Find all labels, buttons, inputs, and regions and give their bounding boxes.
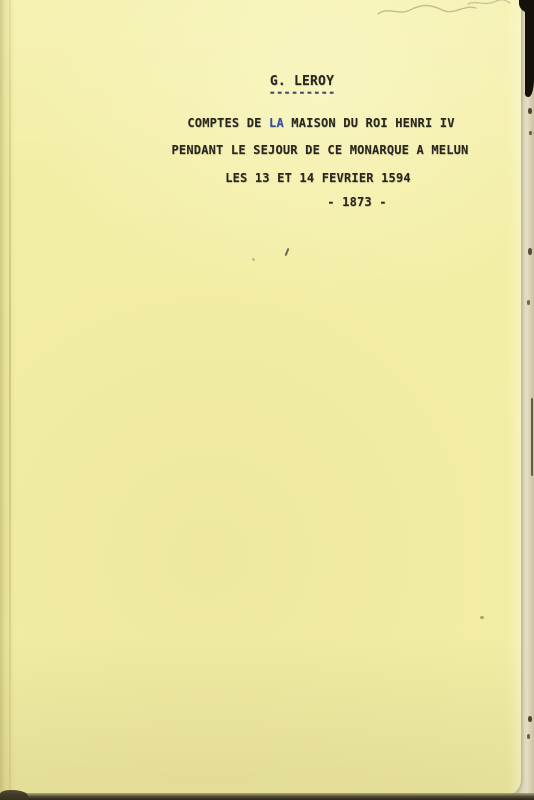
booklet-cover-paper: G. LEROY --------- COMPTES DE LA MAISON … <box>0 0 521 795</box>
pencil-scribble <box>372 0 512 26</box>
title-line-1: COMPTES DE LA MAISON DU ROI HENRI IV <box>161 117 481 130</box>
paper-speck <box>480 616 484 619</box>
scan-speck <box>528 248 532 255</box>
scan-edge-bottom <box>0 793 534 800</box>
scan-speck <box>528 716 532 722</box>
scan-speck <box>527 734 530 739</box>
scan-speck <box>529 131 532 135</box>
scan-edge-black-band <box>525 0 534 97</box>
year-line: - 1873 - <box>197 196 517 209</box>
scan-speck <box>527 300 530 305</box>
paper-speck <box>252 258 255 261</box>
title-line-1-emphasis: LA <box>269 116 284 130</box>
scan-edge-hairline <box>531 398 533 476</box>
scan-speck <box>528 108 532 114</box>
scanned-page: G. LEROY --------- COMPTES DE LA MAISON … <box>0 0 534 800</box>
paper-fold-line <box>9 0 11 795</box>
title-line-2: PENDANT LE SEJOUR DE CE MONARQUE A MELUN <box>160 144 480 157</box>
author-underline: --------- <box>182 87 422 98</box>
scan-edge-bottom-left <box>0 790 28 800</box>
stray-ink-mark <box>285 248 290 256</box>
title-line-1-before: COMPTES DE <box>187 116 269 130</box>
title-line-3: LES 13 ET 14 FEVRIER 1594 <box>158 172 478 185</box>
title-line-1-after: MAISON DU ROI HENRI IV <box>284 116 455 130</box>
